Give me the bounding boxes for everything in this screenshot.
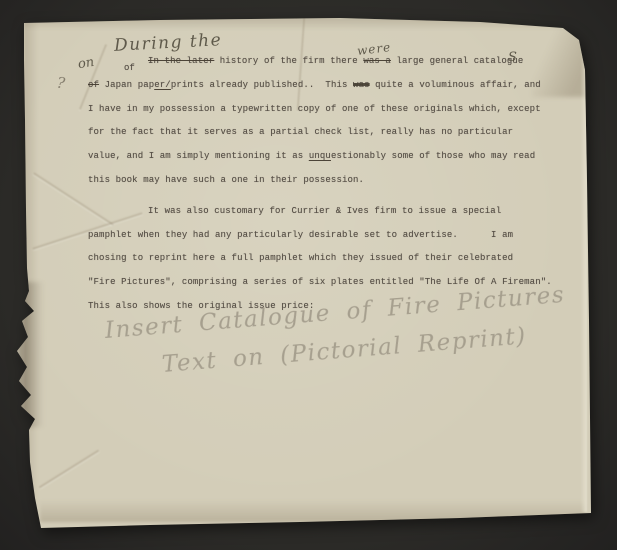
typed-line: value, and I am simply mentioning it as … (88, 145, 568, 169)
typed-insertion-of: of (124, 63, 135, 73)
typed-text: value, and I am simply mentioning it as (88, 151, 309, 161)
typed-line: pamphlet when they had any particularly … (88, 224, 568, 248)
typed-line: chosing to reprint here a full pamphlet … (88, 247, 568, 271)
handwritten-on-correction: on (77, 55, 95, 72)
handwritten-plural-s: S (508, 50, 517, 65)
typed-text: er/ (154, 80, 171, 90)
typed-text: In the later (148, 56, 214, 66)
photo-background: In the later history of the firm there w… (0, 0, 617, 550)
typed-text: was a (363, 56, 391, 66)
typed-text: estionably some of those who may read (331, 151, 535, 161)
typed-text: was (353, 80, 370, 90)
typed-line: In the later history of the firm there w… (88, 50, 568, 74)
typed-line: I have in my possession a typewritten co… (88, 98, 568, 122)
typed-text: large general catalogue (391, 56, 524, 66)
paper-shadow: In the later history of the firm there w… (0, 0, 617, 550)
typed-text: It was also customary for Currier & Ives… (148, 206, 501, 216)
typed-line: It was also customary for Currier & Ives… (88, 200, 568, 224)
typed-text: chosing to reprint here a full pamphlet … (88, 253, 513, 263)
right-edge-highlight (580, 36, 587, 512)
typed-text: unqu (309, 151, 331, 161)
document-page: In the later history of the firm there w… (0, 0, 617, 550)
typed-text: pamphlet when they had any particularly … (88, 230, 513, 240)
typed-line: of Japan paper/prints already published.… (88, 74, 568, 98)
typed-text: "Fire Pictures", comprising a series of … (88, 277, 552, 287)
typed-line: this book may have such a one in their p… (88, 169, 568, 193)
typed-text: Japan pap (99, 80, 154, 90)
typed-text: of (88, 80, 99, 90)
typed-text: history of the firm there (214, 56, 363, 66)
typed-text: quite a voluminous affair, and (370, 80, 541, 90)
typed-text: this book may have such a one in their p… (88, 175, 364, 185)
typed-line: for the fact that it serves as a partial… (88, 121, 568, 145)
typed-text: for the fact that it serves as a partial… (88, 127, 513, 137)
typed-text: I have in my possession a typewritten co… (88, 104, 541, 114)
typed-text-block: In the later history of the firm there w… (88, 50, 568, 319)
typed-text: prints already published.. This (171, 80, 353, 90)
